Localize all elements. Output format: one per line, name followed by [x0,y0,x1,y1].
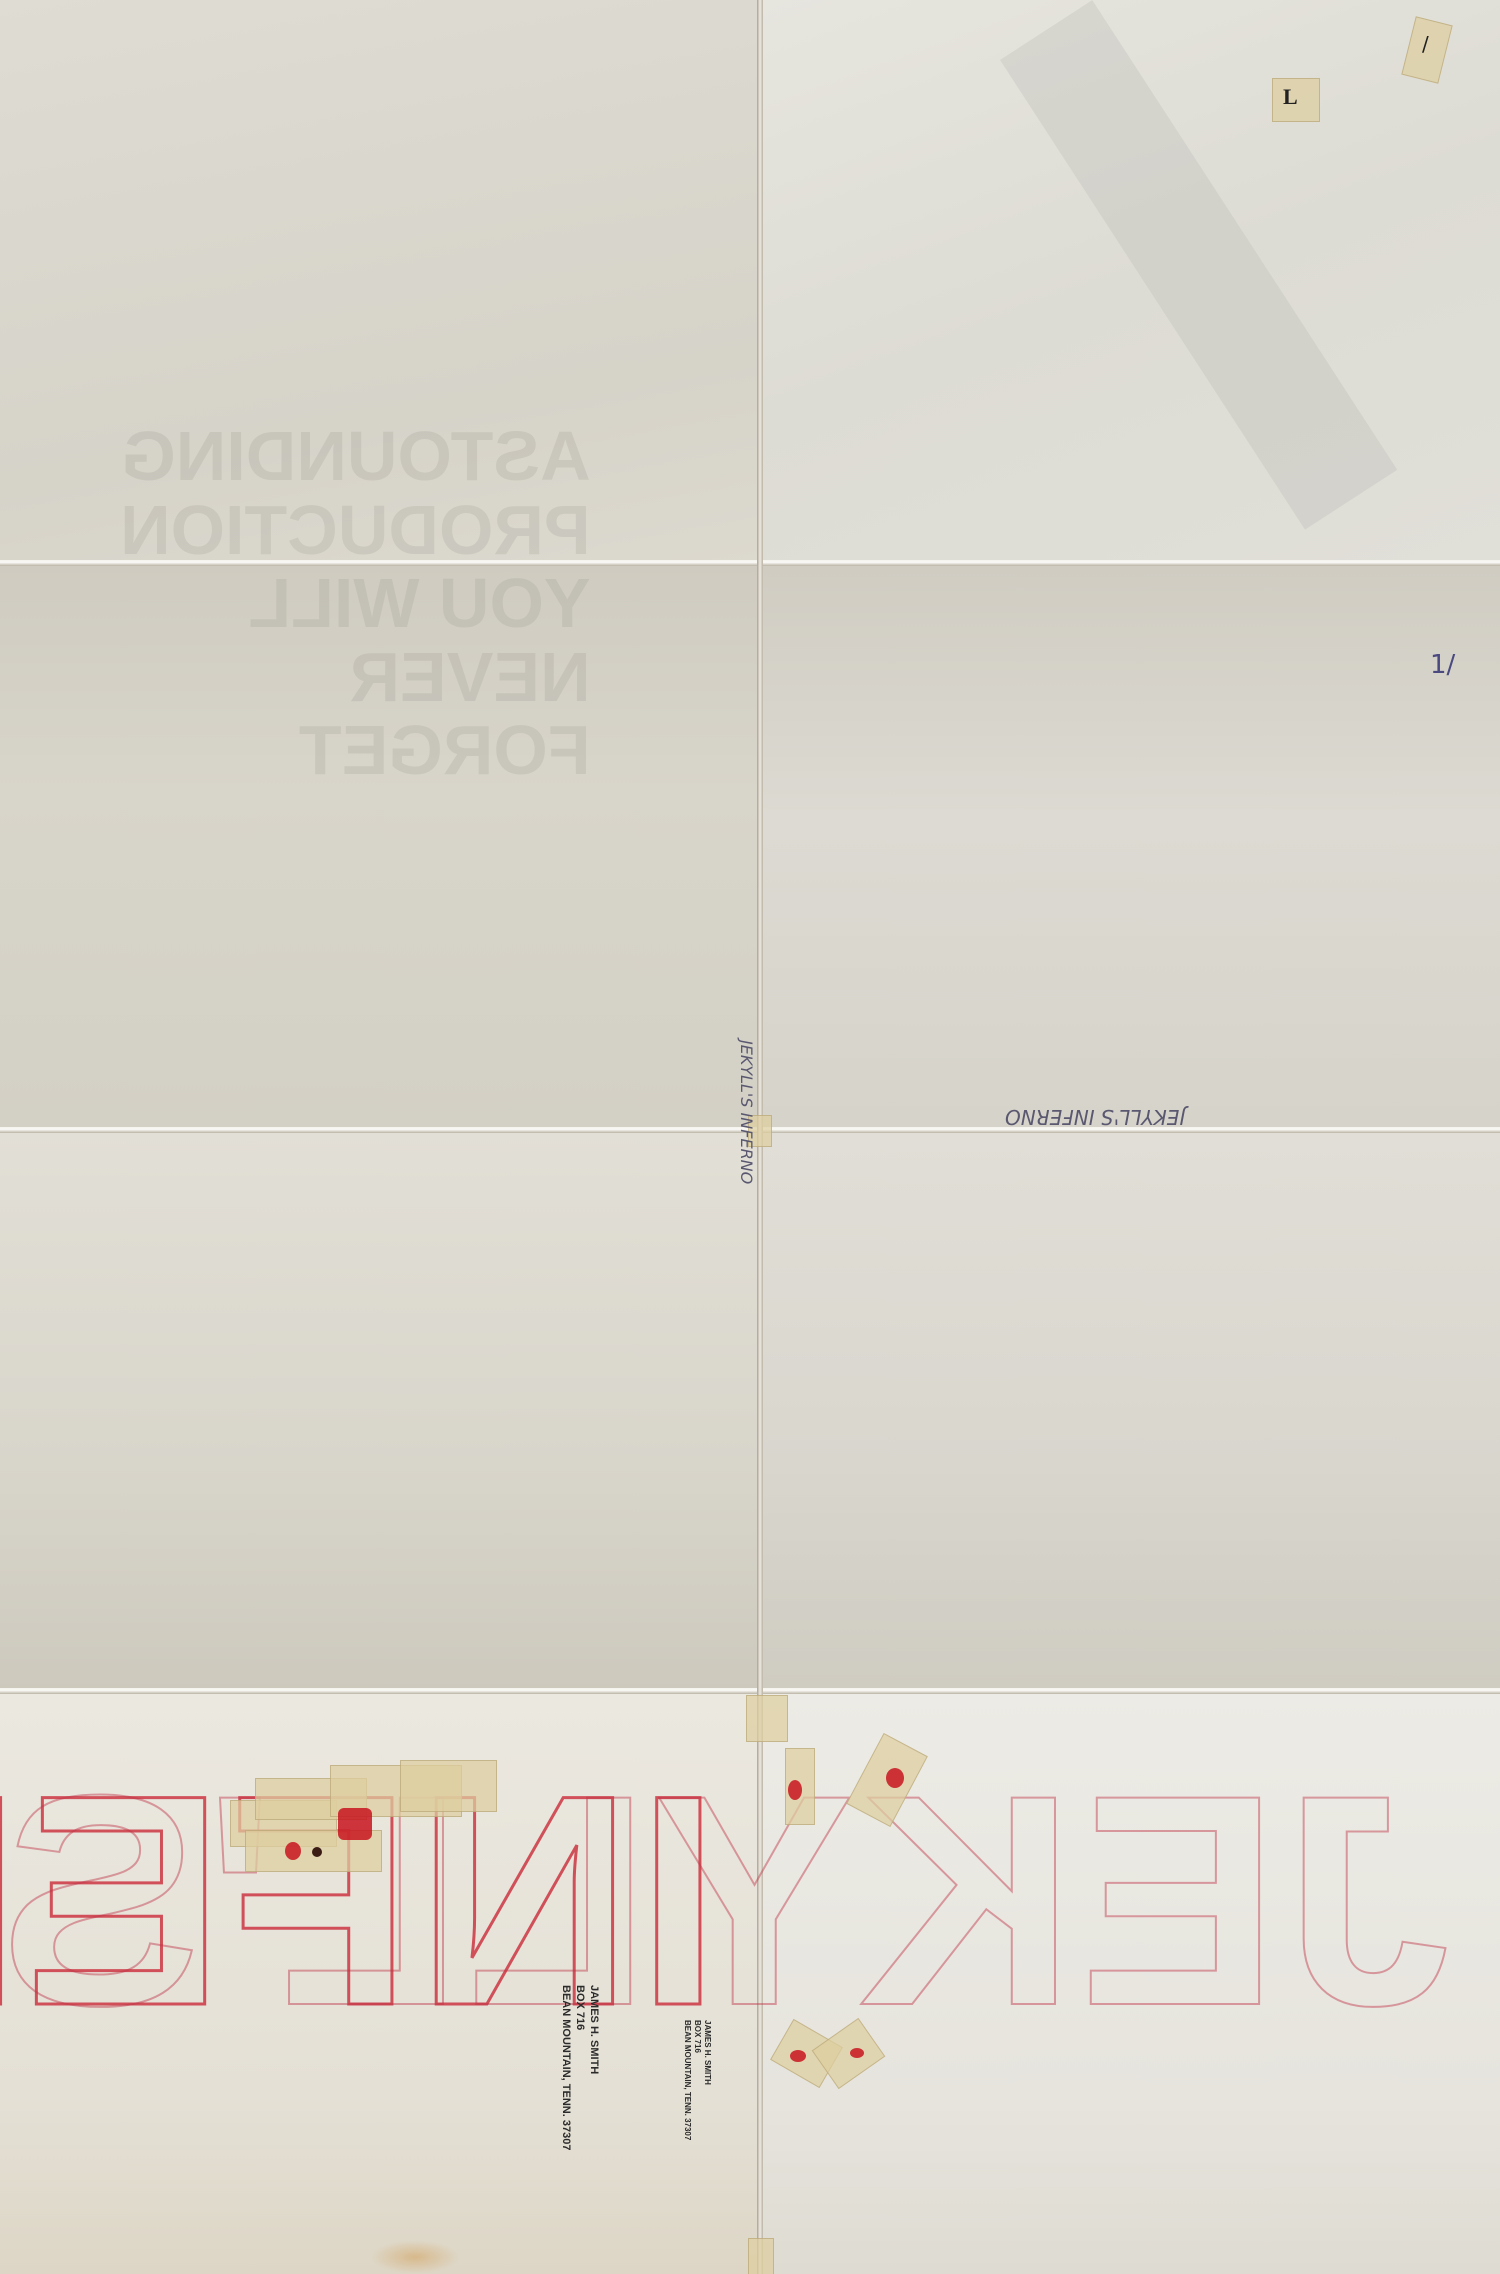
poster-reverse: ASTOUNDING PRODUCTION YOU WILL NEVER FOR… [0,0,1500,2274]
pen-tick: / [1422,32,1429,56]
credit-line-2: BOX 716 [693,2020,702,2053]
panel-middle-right [760,565,1500,1130]
panel-lower-left [0,1130,760,1690]
credit-line-1: JAMES H. SMITH [588,1985,600,2074]
tape-junction [748,2238,774,2274]
dark-spot [312,1847,322,1857]
handwritten-title-note: JEKYLL'S INFERNO [1005,1105,1185,1129]
fold-line-1 [0,560,1500,566]
printed-credit-block-small: JAMES H. SMITH BOX 716 BEAN MOUNTAIN, TE… [682,2020,712,2140]
credit-line-1: JAMES H. SMITH [703,2020,712,2085]
fold-line-3 [0,1688,1500,1694]
credit-line-3: BEAN MOUNTAIN, TENN. 37307 [561,1985,573,2150]
red-stain [285,1842,301,1860]
handwritten-title-note-vertical: JEKYLL'S INFERNO [737,1040,756,1184]
red-stain [850,2048,864,2058]
red-stain [886,1768,904,1788]
tape-junction [746,1695,788,1742]
corner-label-L: L [1283,84,1298,110]
red-stain [338,1808,372,1840]
red-stain [788,1780,802,1800]
pen-mark-right-edge: 1/ [1430,650,1455,680]
credit-line-3: BEAN MOUNTAIN, TENN. 37307 [683,2020,692,2140]
printed-credit-block: JAMES H. SMITH BOX 716 BEAN MOUNTAIN, TE… [559,1985,600,2150]
water-stain [370,2240,460,2274]
credit-line-2: BOX 716 [574,1985,586,2030]
red-stain [790,2050,806,2062]
panel-lower-right [760,1130,1500,1690]
tape-strip [400,1760,497,1812]
ghost-show-through-text: ASTOUNDING PRODUCTION YOU WILL NEVER FOR… [120,420,591,788]
